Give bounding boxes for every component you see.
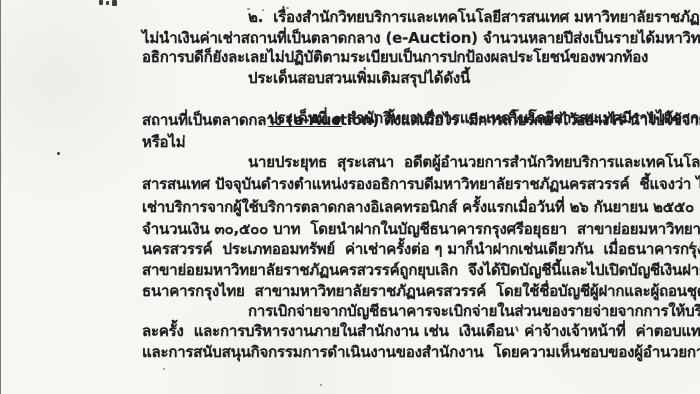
scan-artifact-top-fragment	[112, 0, 117, 6]
scan-edge-shadow	[0, 0, 1, 394]
text-line-03: อธิการบดีก็ยังละเลยไม่ปฏิบัติตามระเบียบเ…	[142, 47, 648, 67]
text-line-06: สถานที่เป็นตลาดกลาง (e-Auction) ตั้งแต่เ…	[142, 110, 700, 130]
text-line-10: เช่าบริการจากผู้ใช้บริการตลาดกลางอิเลคทร…	[142, 197, 700, 217]
text-line-04: ประเด็นสอบสวนเพิ่มเติมสรุปได้ดังนี้	[248, 68, 470, 88]
text-line-16: ละครั้ง และการบริหารงานภายในสำนักงาน เช่…	[142, 321, 700, 341]
text-line-17: และการสนับสนุนกิจกรรมการดำเนินงานของสำนั…	[142, 342, 700, 362]
text-line-13: สาขาย่อยมหาวิทยาลัยราชภัฏนครสวรรค์ถูกยุบ…	[142, 260, 700, 280]
text-line-01: ๒. เรื่องสำนักวิทยบริการและเทคโนโลยีสารส…	[248, 7, 700, 27]
text-line-08: นายประยุทธ สุระเสนา อดีตผู้อำนวยการสำนัก…	[248, 152, 700, 172]
scan-speck	[57, 152, 60, 155]
scan-speck	[320, 384, 322, 386]
text-line-09: สารสนเทศ ปัจจุบันดำรงตำแหน่งรองอธิการบดี…	[142, 174, 700, 194]
text-line-15: การเบิกจ่ายจากบัญชีธนาคารจะเบิกจ่ายในส่ว…	[248, 301, 700, 321]
text-line-12: นครสวรรค์ ประเภทออมทรัพย์ ค่าเช่าครั้งต่…	[142, 239, 700, 259]
scanned-document-page: ๒. เรื่องสำนักวิทยบริการและเทคโนโลยีสารส…	[0, 0, 700, 394]
text-line-07: หรือไม่	[142, 132, 185, 152]
scan-speck	[163, 368, 165, 370]
text-line-11: จำนวนเงิน ๓๐,๕๐๐ บาท โดยนำฝากในบัญชีธนาค…	[142, 219, 700, 239]
scan-artifact-top-fragment	[106, 1, 109, 5]
text-line-14: ธนาคารกรุงไทย สาขามหาวิทยาลัยราชภัฏนครสว…	[142, 281, 700, 301]
scan-artifact-top-fragment	[99, 0, 103, 5]
text-line-02: ไม่นำเงินค่าเช่าสถานที่เป็นตลาดกลาง (e-A…	[142, 28, 700, 48]
